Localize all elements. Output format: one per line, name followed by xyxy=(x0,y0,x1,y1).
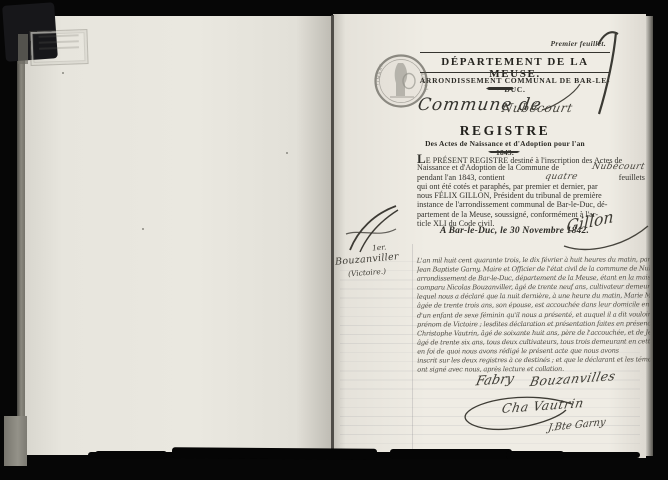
dust-speck xyxy=(62,72,64,74)
page-bottom-shadow xyxy=(390,449,512,459)
book-gutter xyxy=(331,15,334,456)
embossed-stamp xyxy=(29,29,88,66)
attestation-line: pendant l'an 1843, contient quatre feuil… xyxy=(417,173,645,182)
page-bottom-shadow xyxy=(172,447,377,459)
attestation-line: qui ont été cotés et paraphés, par premi… xyxy=(417,182,645,191)
attestation-text: feuillets xyxy=(619,173,645,182)
attestation-text: pendant l'an 1843, contient xyxy=(417,173,505,182)
gillon-signature-flourish xyxy=(560,222,652,252)
margin-crease-line xyxy=(412,244,413,449)
registre-title: REGISTRE xyxy=(400,123,610,139)
archival-scan: Premier feuillet. 1 DÉPARTEMENT DE LA ME… xyxy=(0,0,668,480)
birth-act-text: L'an mil huit cent quarante trois, le di… xyxy=(417,255,651,374)
attestation-line: nous FÉLIX GILLON, Président du tribunal… xyxy=(417,191,645,200)
dust-speck xyxy=(142,228,144,230)
handwritten-commune-insert: Nubécourt xyxy=(591,163,646,172)
act-number: 1er. xyxy=(372,243,387,253)
page-bottom-shadow xyxy=(95,451,167,459)
attestation-text: Naissance et d'Adoption de la Commune de xyxy=(417,163,559,172)
dust-speck xyxy=(286,152,288,154)
commune-name-flourish xyxy=(540,82,582,112)
bottom-left-page-edges xyxy=(4,416,27,466)
ornament-divider-2 xyxy=(488,151,520,154)
verso-page xyxy=(25,16,333,455)
page-bottom-shadow xyxy=(506,451,564,459)
handwritten-count-insert: quatre xyxy=(544,173,579,182)
ornament-divider xyxy=(486,87,514,90)
signature-fabry: Fabry xyxy=(474,372,515,390)
header-rule-top xyxy=(420,52,610,53)
arrondissement-line: ARRONDISSEMENT COMMUNAL DE BAR-LE-DUC. xyxy=(418,76,612,94)
top-left-page-edge xyxy=(18,34,28,64)
attestation-line: Naissance et d'Adoption de la Commune de… xyxy=(417,163,645,172)
header-rule-mid xyxy=(420,72,610,73)
